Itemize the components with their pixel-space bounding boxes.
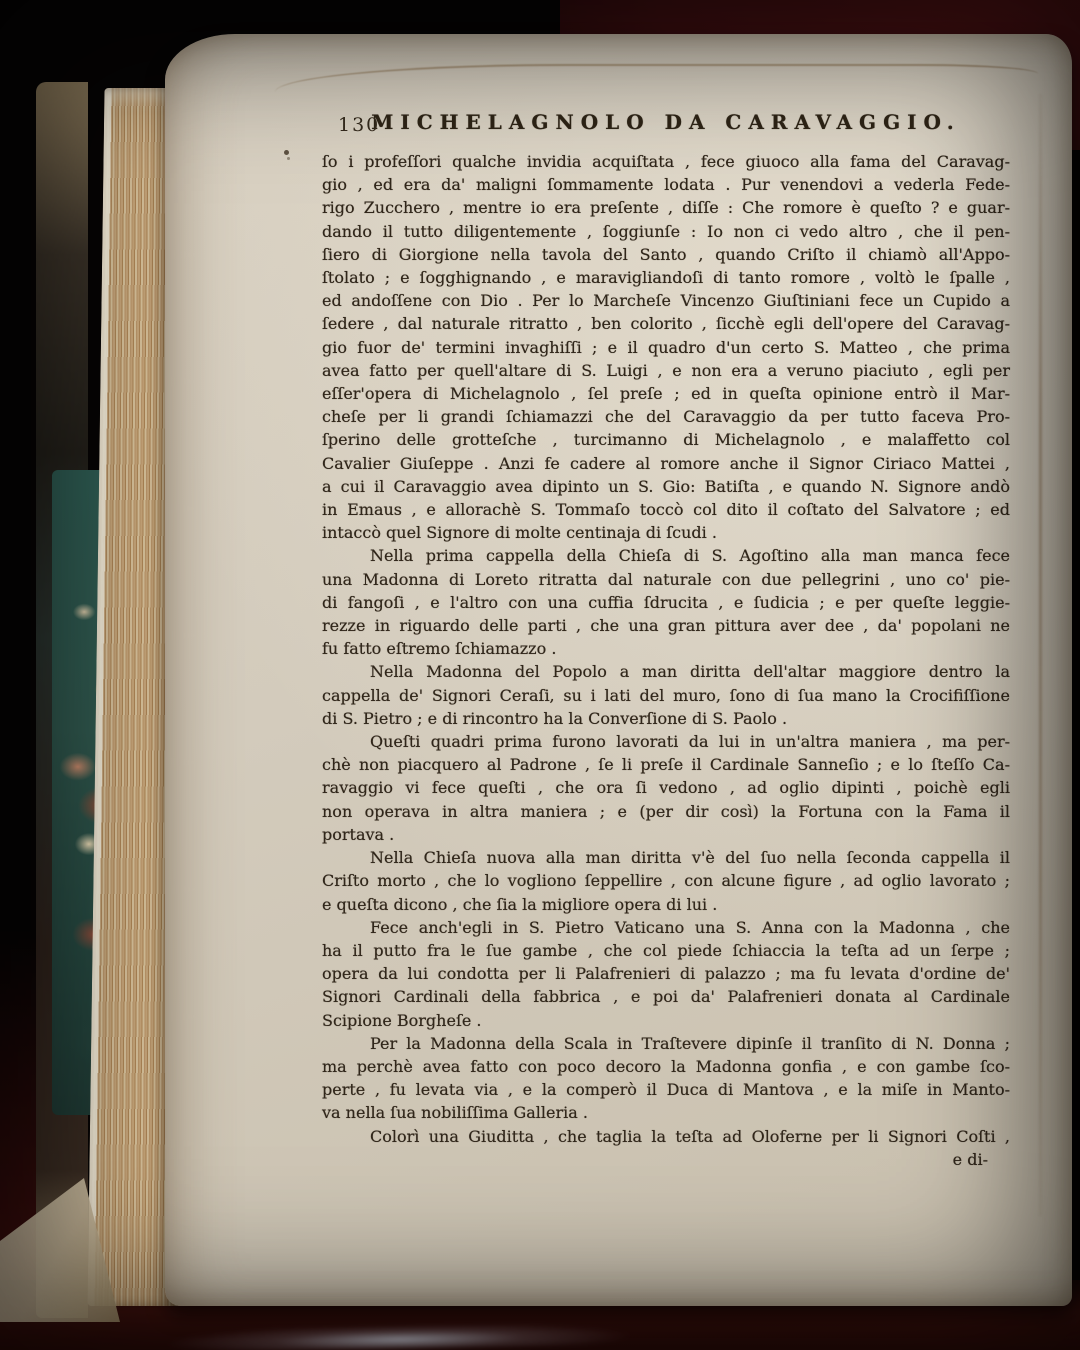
text-line: dando il tutto diligentemente , ſoggiunſ… <box>322 220 1010 243</box>
text-line: rezze in riguardo delle parti , che una … <box>322 614 1010 637</box>
text-line: Queſti quadri prima furono lavorati da l… <box>322 730 1010 753</box>
text-line: Signori Cardinali della fabbrica , e poi… <box>322 985 1010 1008</box>
text-block: 130 MICHELAGNOLO DA CARAVAGGIO. ſo i pro… <box>322 110 1010 1171</box>
text-line: rigo Zucchero , mentre io era preſente ,… <box>322 196 1010 219</box>
text-line: Nella Chieſa nuova alla man diritta v'è … <box>322 846 1010 869</box>
text-line: Per la Madonna della Scala in Traſtevere… <box>322 1032 1010 1055</box>
body-text: ſo i profeſſori qualche invidia acquiſta… <box>322 150 1010 1148</box>
text-line: opera da lui condotta per li Palafrenier… <box>322 962 1010 985</box>
text-line: ſtolato ; e ſogghignando , e maraviglian… <box>322 266 1010 289</box>
text-line: Cavalier Giuſeppe . Anzi fe cadere al ro… <box>322 452 1010 475</box>
text-line: Nella prima cappella della Chieſa di S. … <box>322 544 1010 567</box>
text-line: gio , ed era da' maligni ſommamente loda… <box>322 173 1010 196</box>
text-line: ravaggio vi fece queſti , che ora ſi ved… <box>322 776 1010 799</box>
text-line: Fece anch'egli in S. Pietro Vaticano una… <box>322 916 1010 939</box>
text-line: ha il putto fra le ſue gambe , che col p… <box>322 939 1010 962</box>
text-line: ſiero di Giorgione nella tavola del Sant… <box>322 243 1010 266</box>
text-line: Scipione Borgheſe . <box>322 1009 1010 1032</box>
book-page: 130 MICHELAGNOLO DA CARAVAGGIO. ſo i pro… <box>165 34 1072 1306</box>
catchword: e di- <box>322 1148 1010 1171</box>
text-line: ma perchè avea fatto con poco decoro la … <box>322 1055 1010 1078</box>
text-line: non operava in altra maniera ; e (per di… <box>322 800 1010 823</box>
text-line: ſperino delle grotteſche , turcimanno di… <box>322 428 1010 451</box>
text-line: cappella de' Signori Ceraſi, su i lati d… <box>322 684 1010 707</box>
text-line: a cui il Caravaggio avea dipinto un S. G… <box>322 475 1010 498</box>
text-line: avea fatto per quell'altare di S. Luigi … <box>322 359 1010 382</box>
text-line: perte , fu levata via , e la comperò il … <box>322 1078 1010 1101</box>
text-line: ed andoſſene con Dio . Per lo Marcheſe V… <box>322 289 1010 312</box>
text-line: e queſta dicono , che ſia la migliore op… <box>322 893 1010 916</box>
text-line: chè non piacquero al Padrone , ſe li pre… <box>322 753 1010 776</box>
text-line: Nella Madonna del Popolo a man diritta d… <box>322 660 1010 683</box>
text-line: di S. Pietro ; e di rincontro ha la Conv… <box>322 707 1010 730</box>
text-line: una Madonna di Loreto ritratta dal natur… <box>322 568 1010 591</box>
running-title: MICHELAGNOLO DA CARAVAGGIO. <box>322 110 1010 134</box>
text-line: in Emaus , e allorachè S. Tommaſo toccò … <box>322 498 1010 521</box>
page-number: 130 <box>338 114 380 136</box>
text-line: ſo i profeſſori qualche invidia acquiſta… <box>322 150 1010 173</box>
text-line: di fangoſi , e l'altro con una cuffia ſd… <box>322 591 1010 614</box>
text-line: portava . <box>322 823 1010 846</box>
text-line: gio fuor de' termini invaghiſſi ; e il q… <box>322 336 1010 359</box>
text-line: ſedere , dal naturale ritratto , ben col… <box>322 312 1010 335</box>
page-header: 130 MICHELAGNOLO DA CARAVAGGIO. <box>322 110 1010 140</box>
facing-page-hairline <box>275 64 1038 92</box>
text-line: cheſe per li grandi ſchiamazzi che del C… <box>322 405 1010 428</box>
text-line: Colorì una Giuditta , che taglia la teſt… <box>322 1125 1010 1148</box>
text-line: Criſto morto , che lo vogliono ſeppellir… <box>322 869 1010 892</box>
text-line: fu fatto eſtremo ſchiamazzo . <box>322 637 1010 660</box>
ink-speck <box>284 150 289 155</box>
photo-scene: 130 MICHELAGNOLO DA CARAVAGGIO. ſo i pro… <box>0 0 1080 1350</box>
text-line: eſſer'opera di Michelagnolo , ſel preſe … <box>322 382 1010 405</box>
text-line: va nella ſua nobiliſſima Galleria . <box>322 1101 1010 1124</box>
page-crease <box>1039 94 1042 1216</box>
text-line: intaccò quel Signore di molte centinaja … <box>322 521 1010 544</box>
